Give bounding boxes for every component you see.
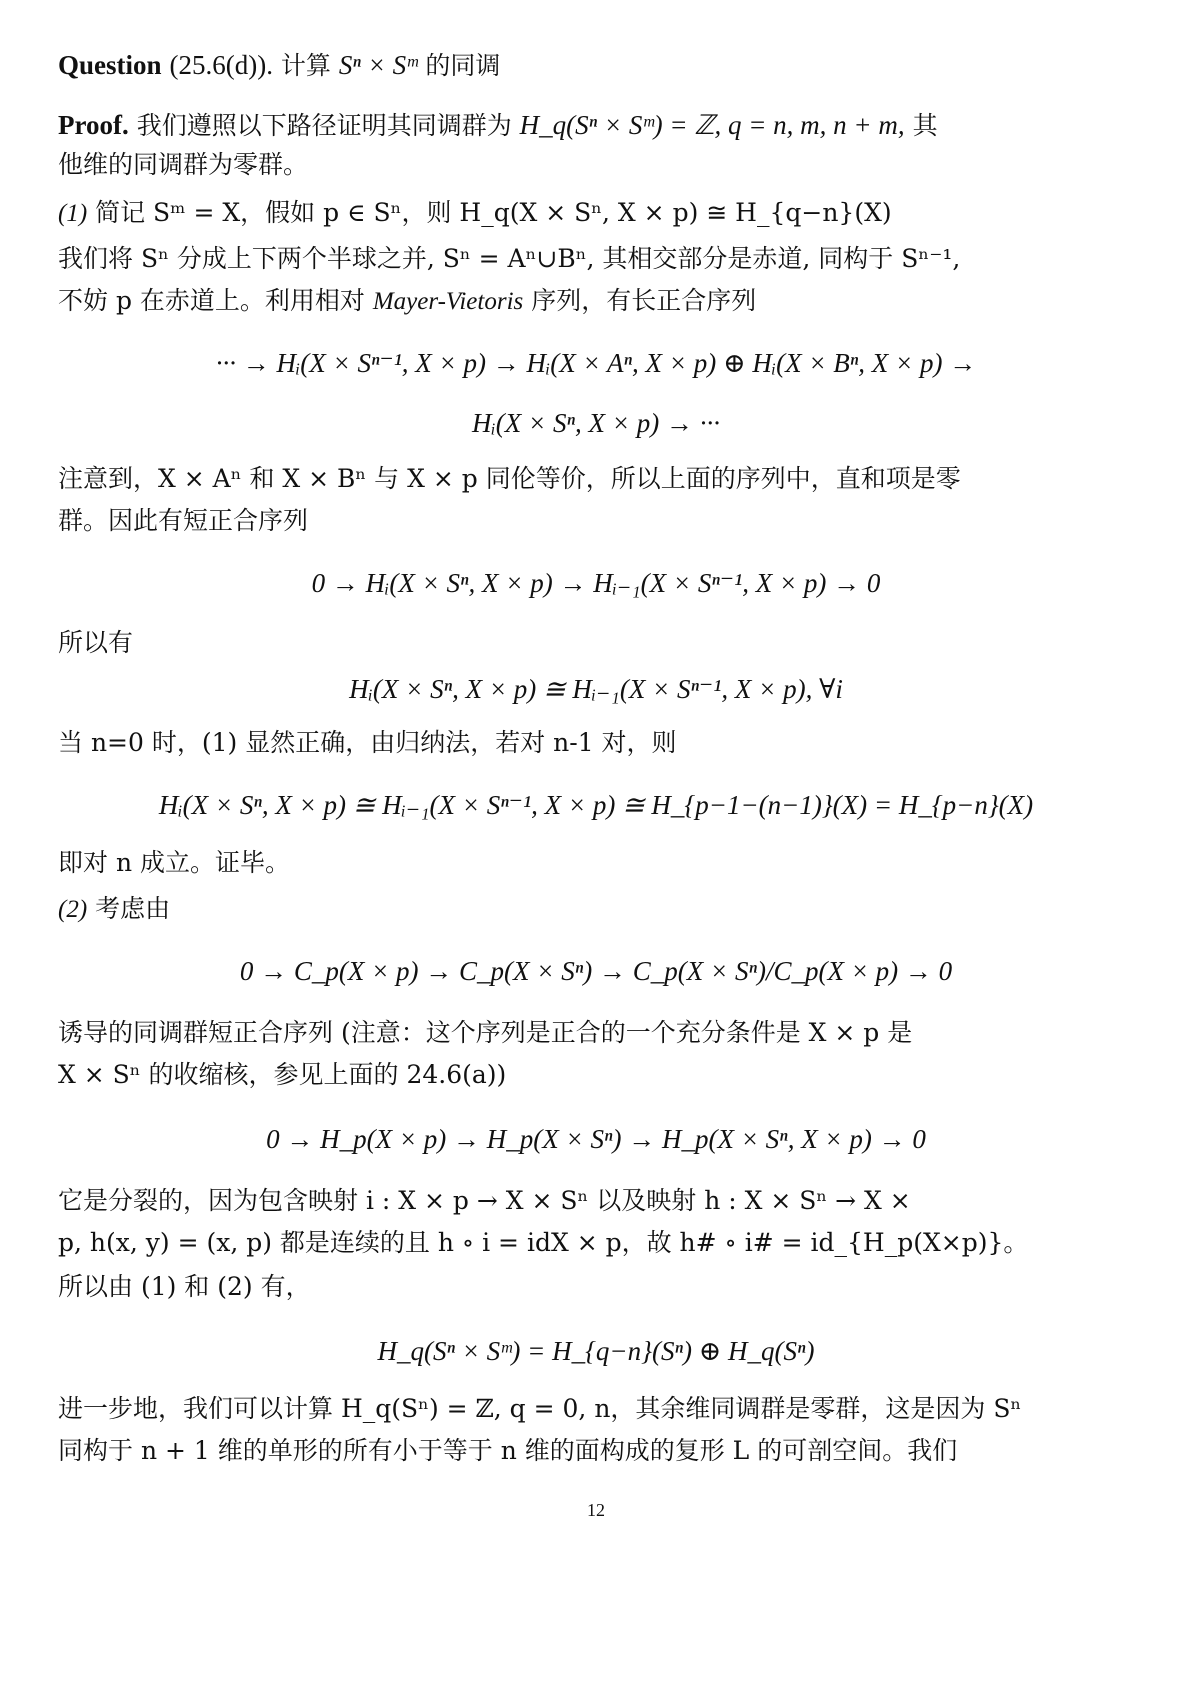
note-line-2: 群。因此有短正合序列 xyxy=(58,504,1154,538)
step2-label: (2) xyxy=(58,896,87,923)
induced-line-2: X × Sⁿ 的收缩核，参见上面的 24.6(a)) xyxy=(58,1058,1154,1092)
induced-line-1: 诱导的同调群短正合序列 (注意：这个序列是正合的一个充分条件是 X × p 是 xyxy=(58,1016,1154,1050)
note-line-1: 注意到，X × Aⁿ 和 X × Bⁿ 与 X × p 同伦等价，所以上面的序列… xyxy=(58,462,1154,496)
mayer-vietoris-line: 不妨 p 在赤道上。利用相对 Mayer-Vietoris 序列，有长正合序列 xyxy=(58,284,1154,319)
proof-intro-tail: 其 xyxy=(913,111,938,140)
step2-statement: (2) 考虑由 xyxy=(58,892,1154,927)
question-text: 计算 xyxy=(281,51,331,80)
step1-text: 简记 Sᵐ = X，假如 p ∈ Sⁿ，则 H_q(X × Sⁿ, X × p)… xyxy=(95,198,892,227)
homology-exact-sequence: 0 → H_p(X × p) → H_p(X × Sⁿ) → H_p(X × S… xyxy=(0,1122,1192,1156)
long-exact-sequence-2: Hᵢ(X × Sⁿ, X × p) → ··· xyxy=(0,406,1192,440)
step1-conclusion: 即对 n 成立。证毕。 xyxy=(58,846,1154,880)
mv-name: Mayer-Vietoris xyxy=(373,288,523,315)
question-heading: Question (25.6(d)). 计算 Sⁿ × Sᵐ 的同调 xyxy=(58,48,1154,83)
step2-text: 考虑由 xyxy=(95,894,170,923)
proof-intro-text: 我们遵照以下路径证明其同调群为 xyxy=(137,111,512,140)
induction-line: 当 n=0 时，(1) 显然正确，由归纳法，若对 n-1 对，则 xyxy=(58,726,1154,760)
mv-line-b: 序列，有长正合序列 xyxy=(531,286,756,315)
step1-statement: (1) 简记 Sᵐ = X，假如 p ∈ Sⁿ，则 H_q(X × Sⁿ, X … xyxy=(58,196,1154,231)
further-line-1: 进一步地，我们可以计算 H_q(Sⁿ) = ℤ, q = 0, n，其余维同调群… xyxy=(58,1392,1154,1426)
by-1-and-2: 所以由 (1) 和 (2) 有， xyxy=(58,1270,1154,1304)
short-exact-sequence: 0 → Hᵢ(X × Sⁿ, X × p) → Hᵢ₋₁(X × Sⁿ⁻¹, X… xyxy=(0,566,1192,600)
question-ref: (25.6(d)). xyxy=(169,50,272,80)
proof-intro-math: H_q(Sⁿ × Sᵐ) = ℤ, q = n, m, n + m, xyxy=(520,110,905,140)
split-line-2: p, h(x, y) = (x, p) 都是连续的且 h ∘ i = idX ×… xyxy=(58,1226,1154,1260)
split-sphere-line: 我们将 Sⁿ 分成上下两个半球之并, Sⁿ = Aⁿ∪Bⁿ, 其相交部分是赤道,… xyxy=(58,242,1154,276)
proof-label: Proof. xyxy=(58,110,129,140)
step1-label: (1) xyxy=(58,200,87,227)
mv-line-a: 不妨 p 在赤道上。利用相对 xyxy=(58,286,365,315)
question-label: Question xyxy=(58,50,162,80)
isomorphism-equation: Hᵢ(X × Sⁿ, X × p) ≅ Hᵢ₋₁(X × Sⁿ⁻¹, X × p… xyxy=(0,672,1192,706)
induction-equation: Hᵢ(X × Sⁿ, X × p) ≅ Hᵢ₋₁(X × Sⁿ⁻¹, X × p… xyxy=(0,788,1192,822)
split-line-1: 它是分裂的，因为包含映射 i : X × p → X × Sⁿ 以及映射 h :… xyxy=(58,1184,1154,1218)
so-have-label: 所以有 xyxy=(58,626,1154,660)
result-equation: H_q(Sⁿ × Sᵐ) = H_{q−n}(Sⁿ) ⊕ H_q(Sⁿ) xyxy=(0,1334,1192,1368)
page-number: 12 xyxy=(0,1500,1192,1521)
question-math: Sⁿ × Sᵐ xyxy=(339,50,417,80)
proof-intro: Proof. 我们遵照以下路径证明其同调群为 H_q(Sⁿ × Sᵐ) = ℤ,… xyxy=(58,108,1154,143)
chain-exact-sequence: 0 → C_p(X × p) → C_p(X × Sⁿ) → C_p(X × S… xyxy=(0,954,1192,988)
long-exact-sequence-1: ··· → Hᵢ(X × Sⁿ⁻¹, X × p) → Hᵢ(X × Aⁿ, X… xyxy=(0,346,1192,380)
proof-intro-line2: 他维的同调群为零群。 xyxy=(58,148,1154,182)
question-suffix: 的同调 xyxy=(425,51,500,80)
further-line-2: 同构于 n + 1 维的单形的所有小于等于 n 维的面构成的复形 L 的可剖空间… xyxy=(58,1434,1154,1468)
